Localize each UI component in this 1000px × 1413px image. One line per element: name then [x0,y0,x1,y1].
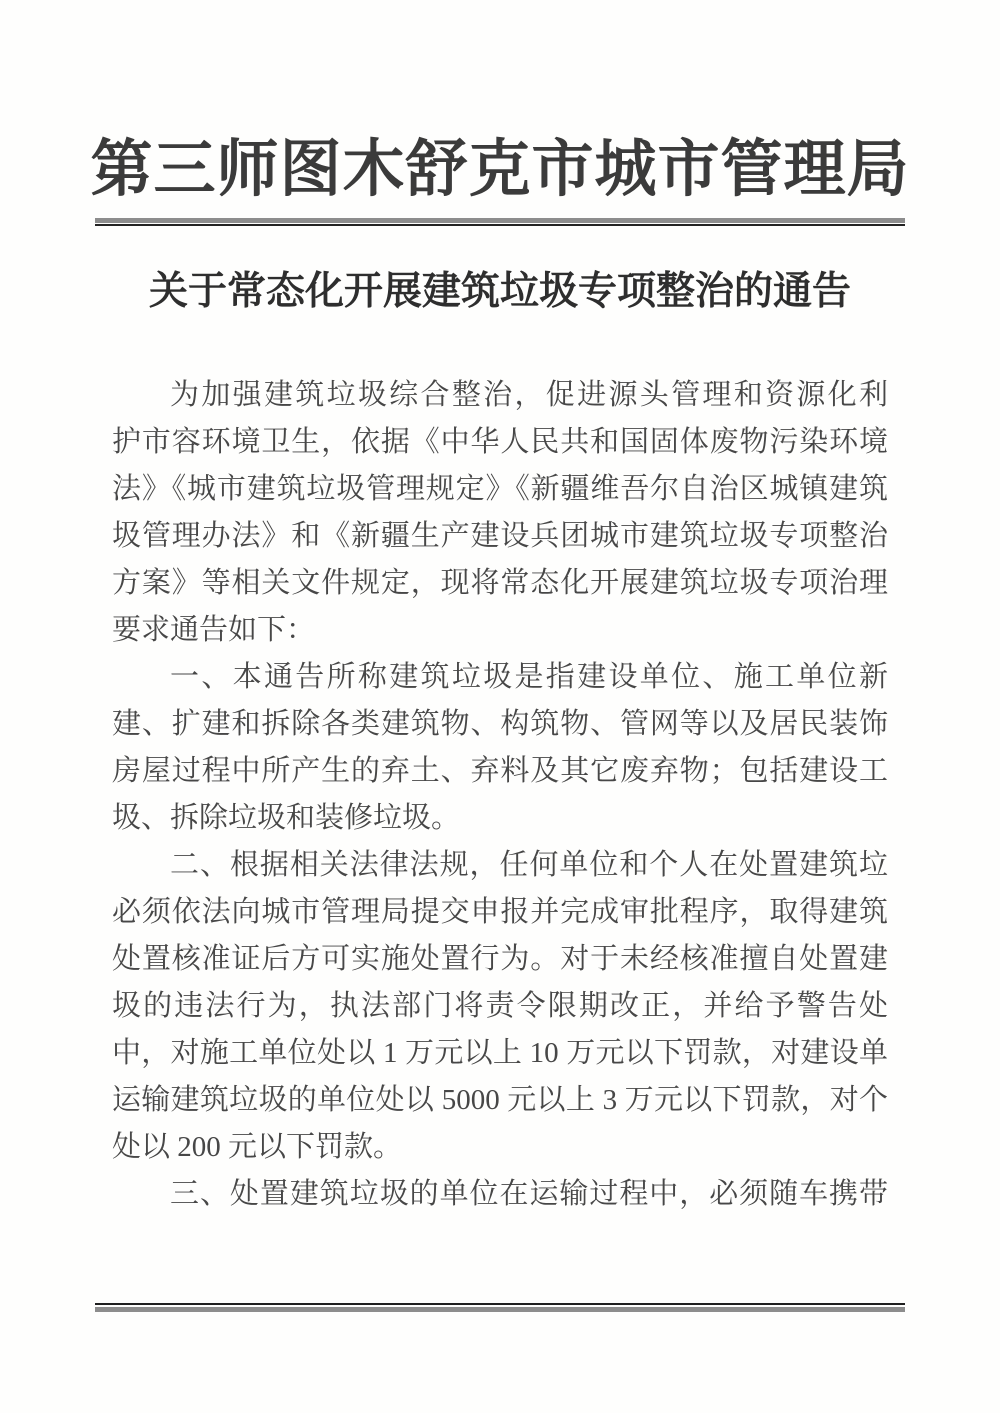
body-line: 一、本通告所称建筑垃圾是指建设单位、施工单位新建、改 [112,654,888,701]
footer-rule-thick-line [95,1307,905,1312]
body-line: 必须依法向城市管理局提交申报并完成审批程序，取得建筑垃圾 [112,889,888,936]
body-line: 房屋过程中所产生的弃土、弃料及其它废弃物；包括建设工程垃 [112,748,888,795]
body-line: 圾、拆除垃圾和装修垃圾。 [112,795,888,842]
body-line: 护市容环境卫生，依据《中华人民共和国固体废物污染环境防治 [112,419,888,466]
body-line: 三、处置建筑垃圾的单位在运输过程中，必须随车携带有效 [112,1171,888,1218]
notice-body: 为加强建筑垃圾综合整治，促进源头管理和资源化利用，维 护市容环境卫生，依据《中华… [112,372,888,1218]
body-line: 圾的违法行为，执法部门将责令限期改正，并给予警告处罚；其 [112,983,888,1030]
body-line: 为加强建筑垃圾综合整治，促进源头管理和资源化利用，维 [112,372,888,419]
body-line: 处以 200 元以下罚款。 [112,1124,888,1171]
body-line: 圾管理办法》和《新疆生产建设兵团城市建筑垃圾专项整治工作 [112,513,888,560]
agency-masthead-title: 第三师图木舒克市城市管理局 [0,124,1000,216]
body-line: 处置核准证后方可实施处置行为。对于未经核准擅自处置建筑垃 [112,936,888,983]
header-rule-thin-line [95,224,905,226]
body-line: 建、扩建和拆除各类建筑物、构筑物、管网等以及居民装饰装修 [112,701,888,748]
footer-rule-thin-line [95,1303,905,1305]
body-line: 要求通告如下： [112,607,888,654]
scanned-notice-page: 第三师图木舒克市城市管理局 关于常态化开展建筑垃圾专项整治的通告 为加强建筑垃圾… [0,0,1000,1413]
body-line: 中，对施工单位处以 1 万元以上 10 万元以下罚款，对建设单位及 [112,1030,888,1077]
header-rule-thick-line [95,218,905,223]
footer-double-rule [95,1303,905,1312]
notice-title: 关于常态化开展建筑垃圾专项整治的通告 [0,264,1000,320]
body-line: 方案》等相关文件规定，现将常态化开展建筑垃圾专项治理有关 [112,560,888,607]
body-line: 法》《城市建筑垃圾管理规定》《新疆维吾尔自治区城镇建筑垃 [112,466,888,513]
body-line: 运输建筑垃圾的单位处以 5000 元以上 3 万元以下罚款，对个人 [112,1077,888,1124]
header-double-rule [95,218,905,226]
body-line: 二、根据相关法律法规，任何单位和个人在处置建筑垃圾， [112,842,888,889]
